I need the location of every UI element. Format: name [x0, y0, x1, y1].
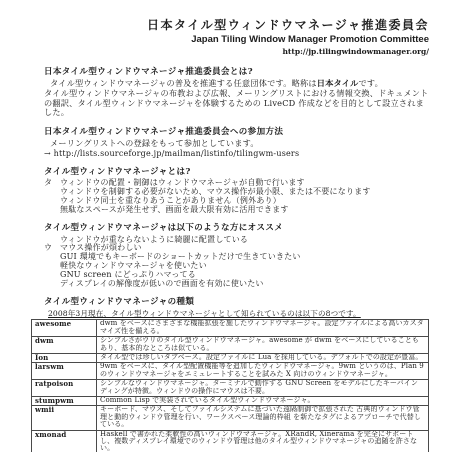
about-summary-bold: 日本タイル	[317, 78, 359, 88]
wm-desc-cell: dwm をベースにさまざまな機能拡張を施したウィンドウマネージャ。設定ファイルに…	[97, 320, 429, 337]
site-url-link[interactable]: http://jp.tilingwindowmanager.org/	[44, 47, 429, 56]
wm-name-cell: wmii	[32, 406, 97, 430]
section-types: タイル型ウィンドウマネージャの種類 2008年3月現在、タイル型ウィンドウマネー…	[44, 297, 429, 452]
page-header: 日本タイル型ウィンドウマネージャ推進委員会 Japan Tiling Windo…	[44, 18, 429, 56]
table-row: Ion タイル型では珍しいタブベース。設定ファイルに Lua を採用している。デ…	[32, 354, 429, 363]
table-row: larswm 9wm をベースに、タイル型配置機能等を追加したウィンドウマネージ…	[32, 363, 429, 380]
recommend-list: ウィンドウが重ならないように綺麗に配置している ウ マウス操作が煩わしい GUI…	[44, 236, 429, 289]
table-row: wmii キーボード、マウス、そしてファイルシステムに基づいた遠隔制御で拡張され…	[32, 406, 429, 430]
list-marker: ウ	[44, 244, 60, 253]
wm-name-cell: Ion	[32, 354, 97, 363]
wm-name-cell: awesome	[32, 320, 97, 337]
table-row: awesome dwm をベースにさまざまな機能拡張を施したウィンドウマネージャ…	[32, 320, 429, 337]
list-marker	[44, 280, 60, 289]
table-row: ratpoison シンプルなウィンドウマネージャ。ターミナルで動作する GNU…	[32, 380, 429, 397]
wm-desc-cell: Haskell で書かれた柔軟性の高いウィンドウマネージャ。XRandR, Xi…	[97, 430, 429, 452]
section-join-heading: 日本タイル型ウィンドウマネージャ推進委員会への参加方法	[44, 127, 429, 137]
list-marker	[44, 188, 60, 197]
section-recommend-heading: タイル型ウィンドウマネージャは以下のような方にオススメ	[44, 223, 429, 233]
list-marker: タ	[44, 179, 60, 188]
list-item-text: 無駄なスペースが発生せず、画面を最大限有効に活用できます	[60, 206, 429, 215]
list-item-text: ディスプレイの解像度が低いので画面を有効に使いたい	[60, 280, 429, 289]
list-item: 無駄なスペースが発生せず、画面を最大限有効に活用できます	[44, 206, 429, 215]
arrow-icon: →	[44, 149, 51, 158]
wm-name-cell: ratpoison	[32, 380, 97, 397]
list-item: ディスプレイの解像度が低いので画面を有効に使いたい	[44, 280, 429, 289]
list-marker	[44, 197, 60, 206]
about-summary-post: です。	[359, 78, 384, 88]
list-marker	[44, 271, 60, 280]
wm-desc-cell: Common Lisp で実装されているタイル型ウィンドウマネージャ。	[97, 397, 429, 406]
mailing-list-link[interactable]: http://lists.sourceforge.jp/mailman/list…	[54, 149, 300, 158]
wm-desc-cell: キーボード、マウス、そしてファイルシステムに基づいた遠隔制御で拡張された 古典的…	[97, 406, 429, 430]
about-summary-pre: タイル型ウィンドウマネージャの普及を推進する任意団体です。略称は	[50, 78, 317, 88]
wm-name-cell: xmonad	[32, 430, 97, 452]
section-types-heading: タイル型ウィンドウマネージャの種類	[44, 297, 429, 307]
wm-desc-cell: 9wm をベースに、タイル型配置機能等を追加したウィンドウマネージャ。9wm と…	[97, 363, 429, 380]
section-what-is-twm: タイル型ウィンドウマネージャとは? タ ウィンドウの配置・制御はウィンドウマネー…	[44, 167, 429, 214]
section-recommend: タイル型ウィンドウマネージャは以下のような方にオススメ ウィンドウが重ならないよ…	[44, 223, 429, 288]
site-title-en: Japan Tiling Window Manager Promotion Co…	[44, 34, 429, 46]
wm-desc-cell: シンプルさがウリのタイル型ウィンドウマネージャ。awesome が dwm をベ…	[97, 337, 429, 354]
table-row: dwm シンプルさがウリのタイル型ウィンドウマネージャ。awesome が dw…	[32, 337, 429, 354]
mailing-list-line: → http://lists.sourceforge.jp/mailman/li…	[44, 149, 429, 158]
wm-name-cell: larswm	[32, 363, 97, 380]
list-marker	[44, 253, 60, 262]
list-marker	[44, 206, 60, 215]
table-row: stumpwm Common Lisp で実装されているタイル型ウィンドウマネー…	[32, 397, 429, 406]
types-intro: 2008年3月現在、タイル型ウィンドウマネージャとして知られているのは以下の8つ…	[48, 310, 429, 319]
section-what-heading: タイル型ウィンドウマネージャとは?	[44, 167, 429, 177]
site-title-ja: 日本タイル型ウィンドウマネージャ推進委員会	[44, 18, 429, 32]
join-line: メーリングリストへの登録をもって参加としています。	[44, 139, 429, 149]
list-marker	[44, 262, 60, 271]
section-about: 日本タイル型ウィンドウマネージャ推進委員会とは? タイル型ウィンドウマネージャの…	[44, 67, 429, 118]
wm-desc-cell: タイル型では珍しいタブベース。設定ファイルに Lua を採用している。デフォルト…	[97, 354, 429, 363]
twm-features-list: タ ウィンドウの配置・制御はウィンドウマネージャが自動で行います ウィンドウを制…	[44, 179, 429, 214]
section-about-heading: 日本タイル型ウィンドウマネージャ推進委員会とは?	[44, 67, 429, 77]
wm-name-cell: stumpwm	[32, 397, 97, 406]
section-join: 日本タイル型ウィンドウマネージャ推進委員会への参加方法 メーリングリストへの登録…	[44, 127, 429, 158]
table-row: xmonad Haskell で書かれた柔軟性の高いウィンドウマネージャ。XRa…	[32, 430, 429, 452]
about-body: タイル型ウィンドウマネージャの布教および広報、メーリングリストにおける情報交換、…	[44, 89, 429, 118]
document-page: 日本タイル型ウィンドウマネージャ推進委員会 Japan Tiling Windo…	[0, 0, 452, 452]
wm-desc-cell: シンプルなウィンドウマネージャ。ターミナルで動作する GNU Screen をモ…	[97, 380, 429, 397]
wm-types-table: awesome dwm をベースにさまざまな機能拡張を施したウィンドウマネージャ…	[31, 319, 429, 452]
wm-name-cell: dwm	[32, 337, 97, 354]
